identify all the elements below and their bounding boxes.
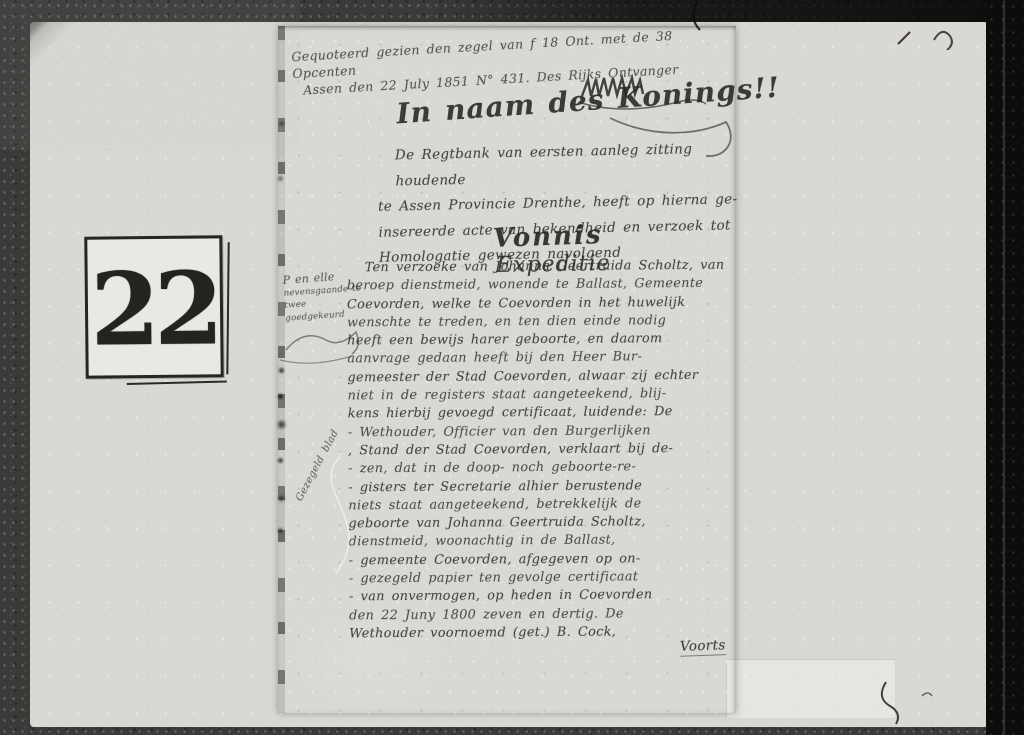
heading-vonnis: Vonnis [493, 220, 603, 254]
pen-squiggle [860, 678, 940, 726]
fold-line [882, 22, 885, 727]
microfilm-scan: 22 Gequoteerd gezien den zegel van f 18 … [0, 0, 1024, 735]
text-line: - zen, dat in de doop- noch geboorte-re- [348, 458, 736, 479]
flourish-path [280, 356, 352, 363]
margin-annotation: P en elle nevensgaande te twee goedgekeu… [282, 269, 365, 324]
pen-marks [680, 0, 710, 32]
film-frame-number-box: 22 [84, 235, 223, 378]
text-line: niets staat aangeteekend, betrekkelijk d… [348, 495, 736, 516]
text-line: dienstmeid, woonachtig in de Ballast, [349, 531, 737, 552]
backing-sheet: 22 Gequoteerd gezien den zegel van f 18 … [30, 22, 988, 727]
text-line: - Wethouder, Officier van den Burgerlijk… [348, 421, 736, 442]
fold-line [933, 22, 936, 727]
scratch-mark [306, 451, 380, 583]
text-line: den 22 Juny 1800 zeven en dertig. De [349, 604, 737, 625]
margin-signature-flourish [280, 320, 370, 372]
scratch-path [331, 457, 349, 573]
document-body: Ten verzoeke van Johanna Geertruida Scho… [347, 257, 738, 644]
film-frame-number: 22 [87, 238, 220, 375]
text-line: - gezegeld papier ten gevolge certificaa… [349, 568, 737, 589]
document-sheet: Gequoteerd gezien den zegel van f 18 Ont… [278, 26, 736, 713]
torn-edge-marks [277, 26, 282, 31]
text-line: aanvrage gedaan heeft bij den Heer Bur- [347, 348, 735, 369]
text-line: De Regtbank van eersten aanleg zitting h… [377, 136, 740, 195]
pen-marks [890, 10, 1000, 50]
mark-path [934, 32, 952, 50]
film-edge-band [986, 0, 1024, 735]
text-line: niet in de registers staat aangeteekend,… [348, 385, 736, 406]
squiggle-path [922, 693, 932, 696]
mark-path [898, 32, 910, 44]
text-line: wenschte te treden, en ten dien einde no… [347, 312, 735, 333]
text-line: beroep dienstmeid, wonende te Ballast, G… [347, 275, 735, 296]
flourish-path [286, 332, 358, 354]
squiggle-path [882, 682, 898, 724]
closing-flourish-word: Voorts [680, 637, 726, 657]
mark-path [693, 2, 700, 30]
